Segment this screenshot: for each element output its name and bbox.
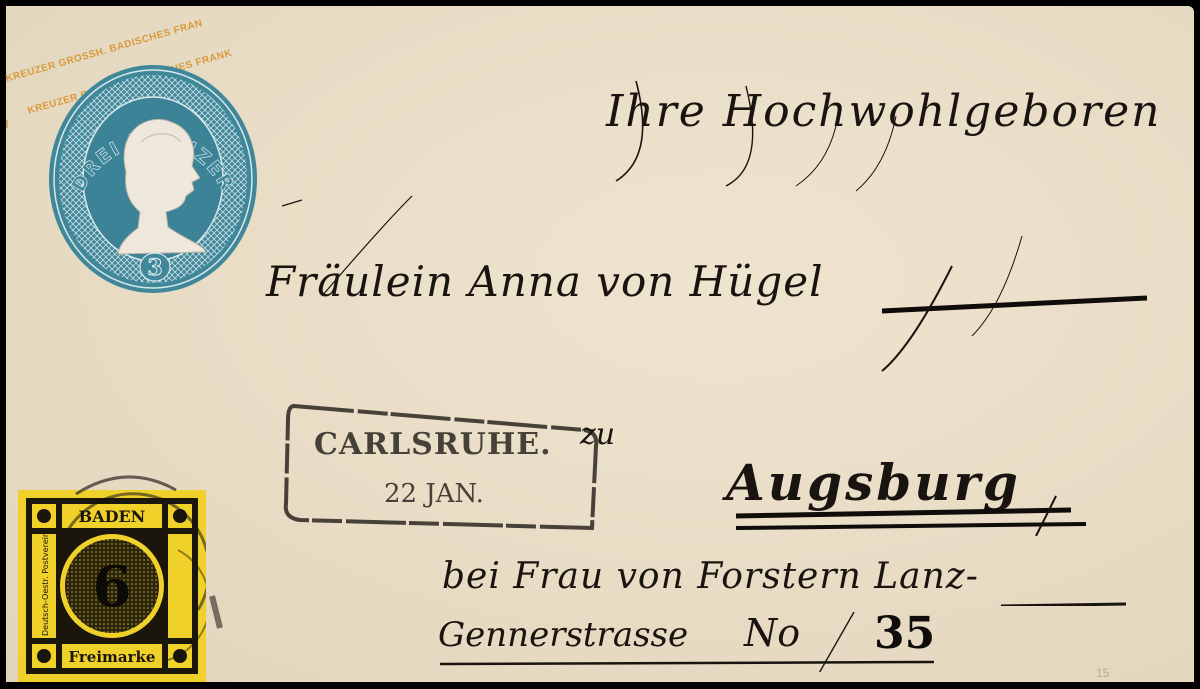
svg-text:35: 35	[874, 608, 935, 659]
svg-text:bei Frau von Forstern Lanz-: bei Frau von Forstern Lanz-	[442, 556, 979, 597]
embossed-stamp: DREI KREUZER 3	[46, 62, 260, 296]
svg-text:6: 6	[93, 554, 132, 620]
svg-text:Gennerstrasse: Gennerstrasse	[438, 615, 688, 655]
address-line-2: Fräulein Anna von Hügel	[262, 186, 1162, 376]
svg-text:Deutsch-Oestr. Postverein: Deutsch-Oestr. Postverein	[41, 532, 50, 636]
address-line-5: bei Frau von Forstern Lanz-	[436, 546, 1156, 606]
adhesive-stamp: BADEN Freimarke Deutsch-Oestr. Postverei…	[18, 490, 206, 682]
cancel-arc	[66, 468, 186, 498]
svg-text:BADEN: BADEN	[79, 507, 146, 526]
envelope: KREUZER GROSSH. BADISCHES FRAN KREUZER G…	[6, 6, 1194, 682]
svg-text:No: No	[743, 611, 800, 655]
address-line-3: zu	[576, 406, 656, 456]
embossed-inscription-left: DREI	[6, 6, 7, 7]
pencil-note: 15	[1096, 666, 1109, 680]
svg-text:Freimarke: Freimarke	[69, 648, 156, 666]
postmark: CARLSRUHE. 22 JAN.	[274, 398, 614, 538]
svg-text:3: 3	[147, 255, 162, 281]
address-line-6: Gennerstrasse No 35	[434, 602, 994, 672]
cancel-smudge	[202, 592, 232, 632]
address-line-4: Augsburg	[716, 446, 1136, 536]
imprint-mark	[6, 120, 8, 128]
svg-text:CARLSRUHE.: CARLSRUHE.	[314, 427, 552, 462]
svg-text:Ihre Hochwohlgeboren: Ihre Hochwohlgeboren	[605, 86, 1156, 137]
address-line-1: Ihre Hochwohlgeboren	[596, 56, 1156, 196]
svg-text:Augsburg: Augsburg	[722, 453, 1021, 512]
svg-text:zu: zu	[579, 417, 615, 452]
svg-text:22 JAN.: 22 JAN.	[384, 479, 484, 509]
